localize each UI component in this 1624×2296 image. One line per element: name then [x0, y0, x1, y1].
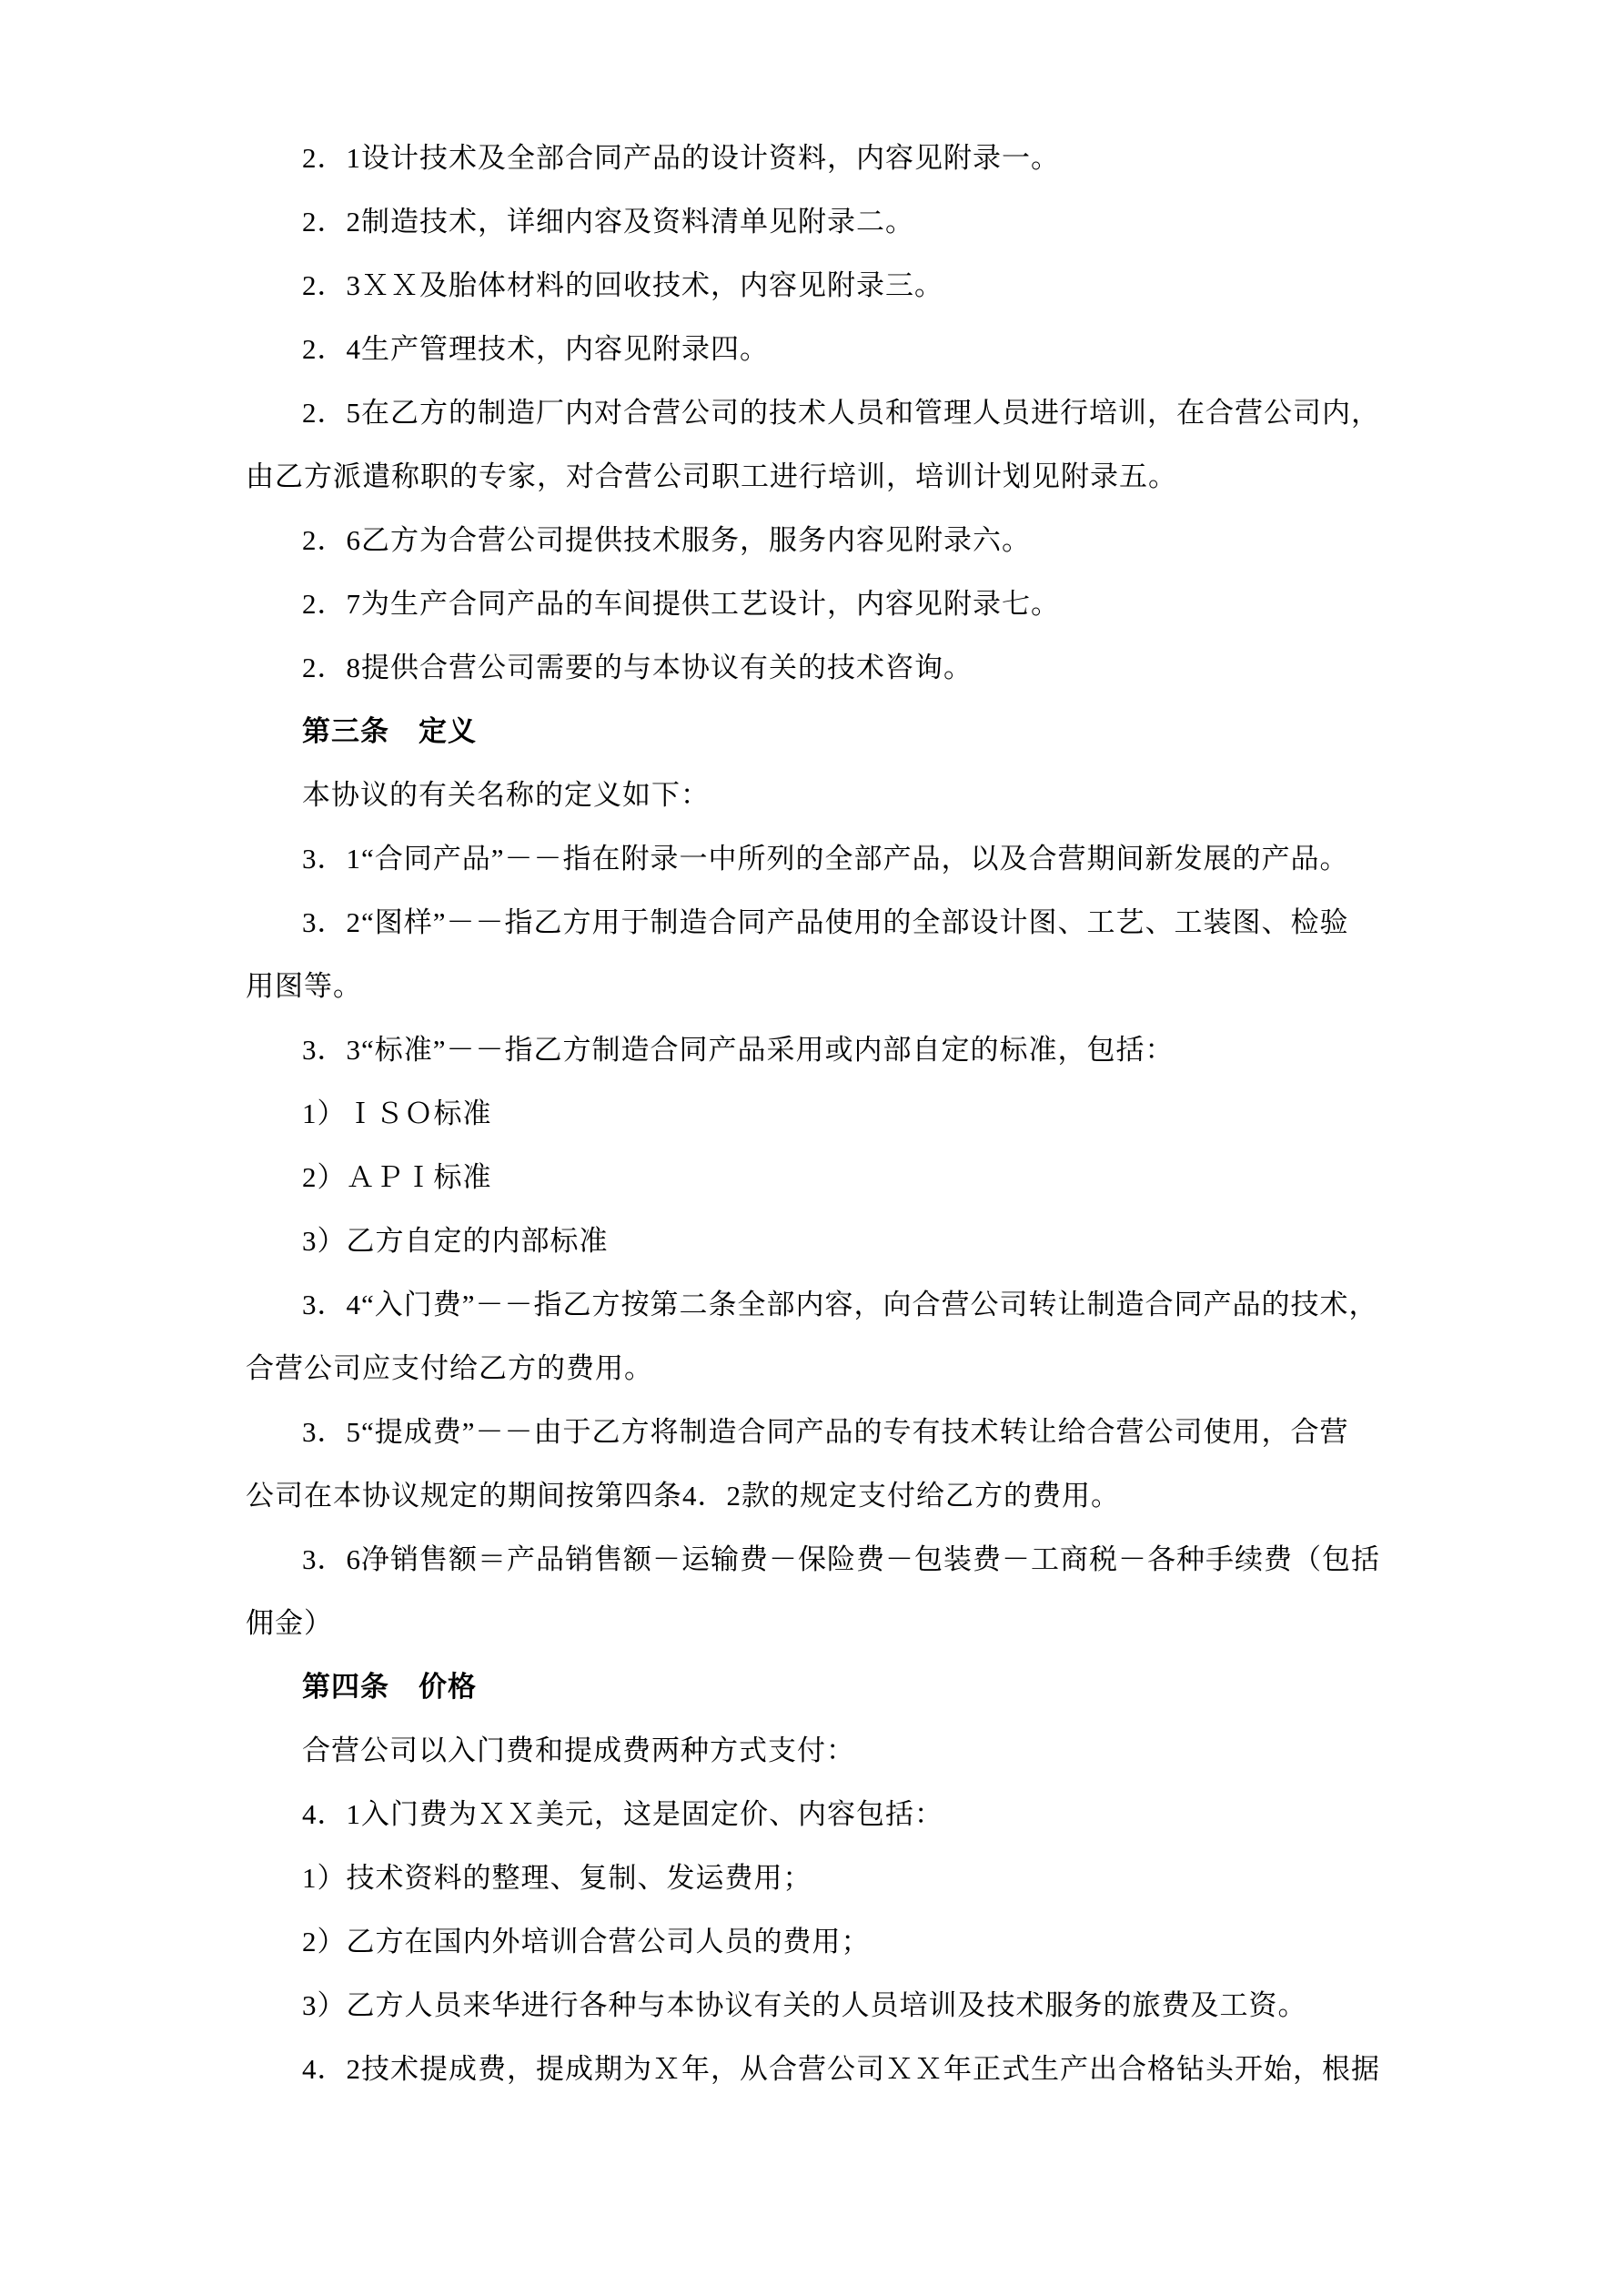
text-line: 2．6乙方为合营公司提供技术服务，服务内容见附录六。 — [246, 509, 1392, 572]
text-line: 3．2“图样”－－指乙方用于制造合同产品使用的全部设计图、工艺、工装图、检验 — [246, 891, 1392, 955]
text-line: 2．2制造技术，详细内容及资料清单见附录二。 — [246, 190, 1392, 254]
text-line: 3）乙方自定的内部标准 — [246, 1209, 1392, 1273]
text-line: 2）ＡＰＩ标准 — [246, 1146, 1392, 1209]
text-line: 4．1入门费为ＸＸ美元，这是固定价、内容包括： — [246, 1783, 1392, 1846]
text-line: 本协议的有关名称的定义如下： — [246, 764, 1392, 827]
text-line: 3）乙方人员来华进行各种与本协议有关的人员培训及技术服务的旅费及工资。 — [246, 1974, 1392, 2038]
text-line: 2）乙方在国内外培训合营公司人员的费用； — [246, 1910, 1392, 1974]
text-line: 公司在本协议规定的期间按第四条4．2款的规定支付给乙方的费用。 — [246, 1464, 1392, 1528]
text-line: 用图等。 — [246, 955, 1392, 1018]
document-page: 2．1设计技术及全部合同产品的设计资料，内容见附录一。 2．2制造技术，详细内容… — [0, 0, 1624, 2296]
text-line: 佣金） — [246, 1592, 1392, 1655]
text-line: 2．7为生产合同产品的车间提供工艺设计，内容见附录七。 — [246, 572, 1392, 636]
section-heading-article-4: 第四条 价格 — [246, 1655, 1392, 1719]
text-line: 3．5“提成费”－－由于乙方将制造合同产品的专有技术转让给合营公司使用，合营 — [246, 1401, 1392, 1464]
text-line: 2．5在乙方的制造厂内对合营公司的技术人员和管理人员进行培训，在合营公司内， — [246, 381, 1392, 445]
text-line: 1）ＩＳＯ标准 — [246, 1082, 1392, 1146]
text-line: 3．3“标准”－－指乙方制造合同产品采用或内部自定的标准，包括： — [246, 1018, 1392, 1082]
text-line: 2．1设计技术及全部合同产品的设计资料，内容见附录一。 — [246, 126, 1392, 190]
text-line: 合营公司以入门费和提成费两种方式支付： — [246, 1719, 1392, 1783]
text-line: 1）技术资料的整理、复制、发运费用； — [246, 1846, 1392, 1910]
text-line: 3．4“入门费”－－指乙方按第二条全部内容，向合营公司转让制造合同产品的技术， — [246, 1273, 1392, 1337]
section-heading-article-3: 第三条 定义 — [246, 700, 1392, 764]
text-line: 3．6净销售额＝产品销售额－运输费－保险费－包装费－工商税－各种手续费（包括 — [246, 1528, 1392, 1592]
text-line: 合营公司应支付给乙方的费用。 — [246, 1337, 1392, 1401]
text-line: 3．1“合同产品”－－指在附录一中所列的全部产品，以及合营期间新发展的产品。 — [246, 827, 1392, 891]
text-line: 2．3ＸＸ及胎体材料的回收技术，内容见附录三。 — [246, 254, 1392, 318]
text-line: 2．8提供合营公司需要的与本协议有关的技术咨询。 — [246, 636, 1392, 700]
text-line: 由乙方派遣称职的专家，对合营公司职工进行培训，培训计划见附录五。 — [246, 445, 1392, 509]
document-body: 2．1设计技术及全部合同产品的设计资料，内容见附录一。 2．2制造技术，详细内容… — [246, 126, 1392, 2101]
text-line: 4．2技术提成费，提成期为Ｘ年，从合营公司ＸＸ年正式生产出合格钻头开始，根据 — [246, 2038, 1392, 2101]
text-line: 2．4生产管理技术，内容见附录四。 — [246, 318, 1392, 381]
